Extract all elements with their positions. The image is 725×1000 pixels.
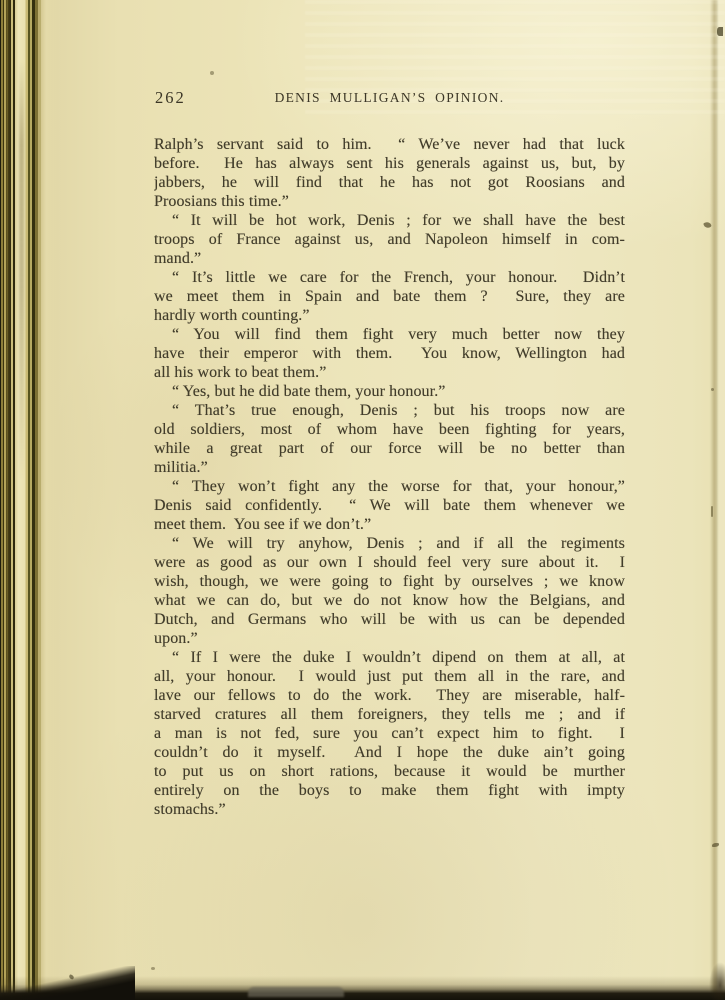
text-line: hardly worth counting.” xyxy=(154,306,625,325)
book-binding-gutter xyxy=(0,0,58,1000)
text-line: wish, though, we were going to fight by … xyxy=(154,572,625,591)
paragraph: “ That’s true enough, Denis ; but his tr… xyxy=(154,401,625,477)
text-line: “ Yes, but he did bate them, your honour… xyxy=(154,382,625,401)
page-right-edge xyxy=(710,0,718,1000)
page-edge-nick xyxy=(711,506,713,517)
text-line: “ You will find them fight very much bet… xyxy=(154,325,625,344)
text-line: jabbers, he will find that he has not go… xyxy=(154,173,625,192)
text-line: troops of France against us, and Napoleo… xyxy=(154,230,625,249)
text-line: lave our fellows to do the work. They ar… xyxy=(154,686,625,705)
text-line: a man is not fed, sure you can’t expect … xyxy=(154,724,625,743)
bottom-left-corner-shadow xyxy=(0,966,135,1000)
page-body: Ralph’s servant said to him. “ We’ve nev… xyxy=(154,135,625,819)
text-line: mand.” xyxy=(154,249,625,268)
text-line: before. He has always sent his generals … xyxy=(154,154,625,173)
page-speck xyxy=(711,388,714,391)
text-line: Dutch, and Germans who will be with us c… xyxy=(154,610,625,629)
text-line: meet them. You see if we don’t.” xyxy=(154,515,625,534)
text-line: to put us on short rations, because it w… xyxy=(154,762,625,781)
text-line: were as good as our own I should feel ve… xyxy=(154,553,625,572)
paragraph: “ Yes, but he did bate them, your honour… xyxy=(154,382,625,401)
paragraph: “ If I were the duke I wouldn’t dipend o… xyxy=(154,648,625,819)
text-line: “ We will try anyhow, Denis ; and if all… xyxy=(154,534,625,553)
text-line: all, your honour. I would just put them … xyxy=(154,667,625,686)
page-speck xyxy=(210,71,214,75)
page-number: 262 xyxy=(155,88,186,108)
text-line: “ That’s true enough, Denis ; but his tr… xyxy=(154,401,625,420)
text-line: “ If I were the duke I wouldn’t dipend o… xyxy=(154,648,625,667)
paragraph: “ You will find them fight very much bet… xyxy=(154,325,625,382)
text-line: Ralph’s servant said to him. “ We’ve nev… xyxy=(154,135,625,154)
page-edge-nick xyxy=(717,27,723,36)
text-line: Denis said confidently. “ We will bate t… xyxy=(154,496,625,515)
binding-shadow xyxy=(19,60,24,480)
paragraph: “ They won’t fight any the worse for tha… xyxy=(154,477,625,534)
text-line: couldn’t do it myself. And I hope the du… xyxy=(154,743,625,762)
text-line: entirely on the boys to make them fight … xyxy=(154,781,625,800)
text-line: have their emperor with them. You know, … xyxy=(154,344,625,363)
text-line: Proosians this time.” xyxy=(154,192,625,211)
paragraph: “ It’s little we care for the French, yo… xyxy=(154,268,625,325)
paragraph: “ It will be hot work, Denis ; for we sh… xyxy=(154,211,625,268)
text-line: militia.” xyxy=(154,458,625,477)
text-line: all his work to beat them.” xyxy=(154,363,625,382)
page-header: 262 DENIS MULLIGAN’S OPINION. xyxy=(154,88,625,108)
page-content: 262 DENIS MULLIGAN’S OPINION. Ralph’s se… xyxy=(154,88,625,819)
page-right-margin xyxy=(717,0,725,1000)
text-line: “ They won’t fight any the worse for tha… xyxy=(154,477,625,496)
paragraph: Ralph’s servant said to him. “ We’ve nev… xyxy=(154,135,625,211)
bottom-right-corner-shadow xyxy=(709,962,725,1000)
book-page-scan: 262 DENIS MULLIGAN’S OPINION. Ralph’s se… xyxy=(0,0,725,1000)
text-line: we meet them in Spain and bate them ? Su… xyxy=(154,287,625,306)
text-line: old soldiers, most of whom have been fig… xyxy=(154,420,625,439)
text-line: what we can do, but we do not know how t… xyxy=(154,591,625,610)
text-line: “ It will be hot work, Denis ; for we sh… xyxy=(154,211,625,230)
text-line: “ It’s little we care for the French, yo… xyxy=(154,268,625,287)
text-line: starved cratures all them foreigners, th… xyxy=(154,705,625,724)
paragraph: “ We will try anyhow, Denis ; and if all… xyxy=(154,534,625,648)
running-header: DENIS MULLIGAN’S OPINION. xyxy=(154,88,625,106)
text-line: stomachs.” xyxy=(154,800,625,819)
bottom-edge-highlight xyxy=(248,987,344,997)
text-line: upon.” xyxy=(154,629,625,648)
page-speck xyxy=(151,967,155,970)
text-line: while a great part of our force will be … xyxy=(154,439,625,458)
